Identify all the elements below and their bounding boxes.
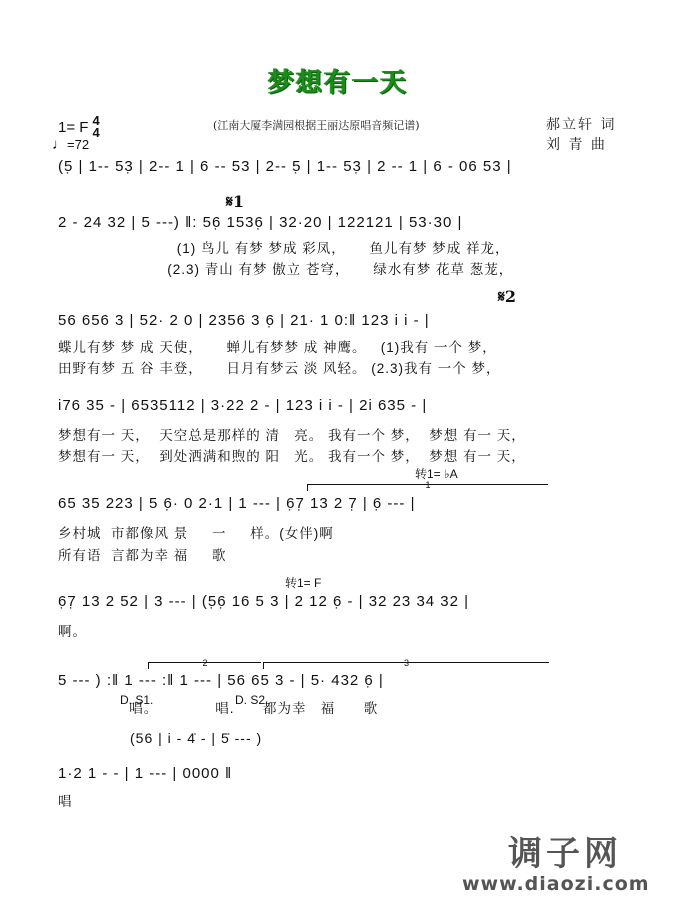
lyrics-line-7: 唱。 唱. 都为幸 福 歌 (58, 697, 628, 717)
score-line-2: 2 - 24 32 | 5 ---) ‖: 56̣ 1536̣ | 32·20 … (58, 214, 628, 231)
lyrics-line-4-verse-2: 梦想有一 天， 到处洒满和煦的 阳 光。 我有一个 梦， 梦想 有一 天， (58, 445, 628, 465)
tempo-value: =72 (67, 137, 89, 152)
time-signature: 4 4 (92, 115, 99, 139)
score-line-8: 1·2 1 - - | 1 --- | 0000 ‖ (58, 765, 628, 782)
watermark-url: www.diaozi.com (462, 873, 650, 895)
accompaniment-line: (56 | i - 4̇ - | 5̇ --- ) (130, 730, 430, 746)
lyrics-line-8: 唱 (58, 790, 628, 810)
score-line-7: 5 --- ) :‖ 1 --- :‖ 1 --- | 56 65 3 - | … (58, 672, 628, 689)
composer-credit: 刘 青 曲 (546, 134, 607, 154)
score-line-3: 56 656 3 | 52· 2 0 | 2356 3 6̣ | 21· 1 0… (58, 312, 628, 329)
key-change-f: 转1= F (285, 574, 321, 591)
lyrics-line-4-verse-1: 梦想有一 天， 天空总是那样的 清 亮。 我有一个 梦， 梦想 有一 天， (58, 424, 628, 444)
volta-bracket-2: 2 (148, 662, 261, 669)
lyrics-line-2-verse-2: (2.3) 青山 有梦 傲立 苍穹， 绿水有梦 花草 葱茏， (58, 258, 628, 278)
lyrics-line-5-verse-1: 乡村城 市都像风 景 一 样。(女伴)啊 (58, 522, 628, 542)
lyrics-line-3-verse-1: 蝶儿有梦 梦 成 天使， 蝉儿有梦梦 成 神鹰。 (1)我有 一个 梦， (58, 336, 628, 356)
score-line-6: 6̣7̣ 13 2 52 | 3 --- | (5̣6̣ 16 5 3 | 2 … (58, 593, 628, 610)
segno-2-icon: 𝄋2 (498, 287, 516, 307)
lyricist-credit: 郝立轩 词 (546, 114, 616, 134)
segno-1-icon: 𝄋1 (226, 192, 244, 212)
score-line-5: 65 35 223 | 5 6̣· 0 2·1 | 1 --- | 6̣7̣ 1… (58, 495, 628, 512)
volta-bracket-3: 3 (263, 662, 549, 669)
lyrics-line-6: 啊。 (58, 620, 628, 640)
tempo-marking: ♩=72 (52, 136, 89, 153)
volta-bracket-1: 1 (307, 484, 548, 491)
score-line-4: i76 35 - | 6535112 | 3·22 2 - | 123 i i … (58, 397, 628, 414)
lyrics-line-3-verse-2: 田野有梦 五 谷 丰登， 日月有梦云 淡 风轻。 (2.3)我有 一个 梦， (58, 357, 628, 377)
lyrics-line-5-verse-2: 所有语 言都为幸 福 歌 (58, 544, 628, 564)
lyrics-line-2-verse-1: (1) 鸟儿 有梦 梦成 彩凤， 鱼儿有梦 梦成 祥龙， (58, 237, 628, 257)
source-note: (江南大厦李满园根据王丽达原唱音频记谱) (213, 117, 420, 133)
score-line-1: (5̣ | 1-- 53̣ | 2-- 1 | 6 -- 53 | 2-- 5̣… (58, 158, 628, 175)
key-label: 1= F (58, 119, 88, 136)
song-title: 梦想有一天 (0, 62, 676, 99)
watermark-brand: 调子网 (508, 826, 622, 875)
time-signature-bottom: 4 (92, 127, 99, 139)
quarter-note-icon: ♩ (52, 136, 67, 153)
key-change-a-flat: 转1= ♭A (415, 465, 458, 482)
